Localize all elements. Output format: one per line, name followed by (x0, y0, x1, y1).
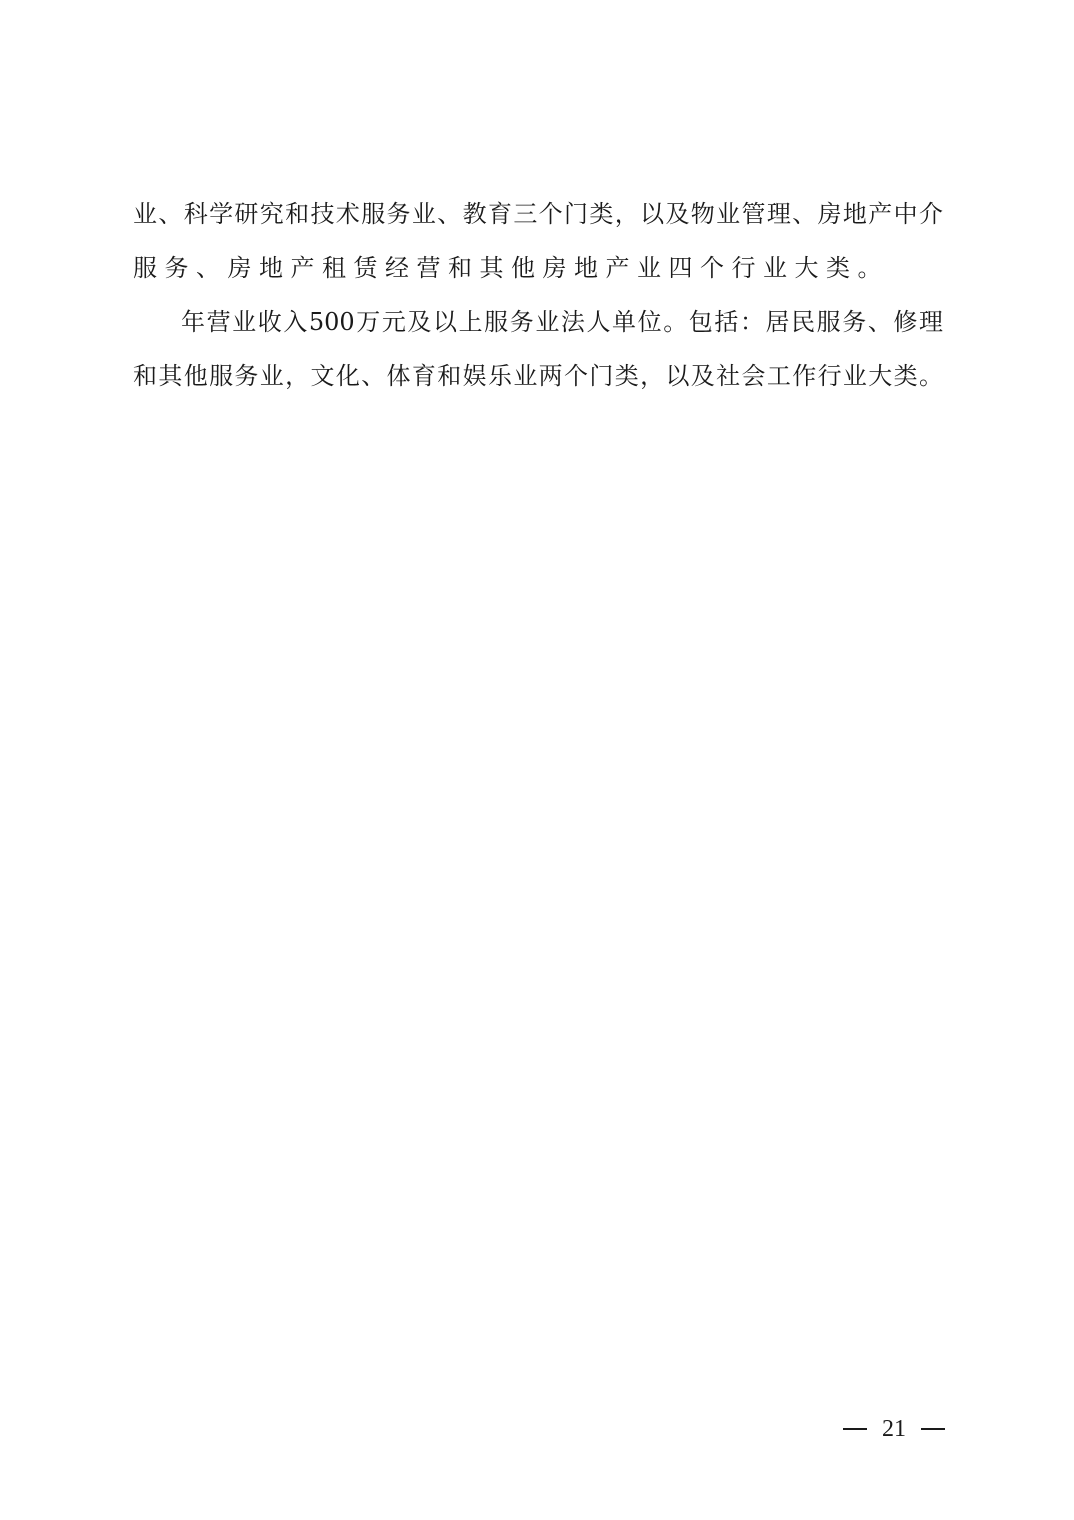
paragraph-2-line-2: 和其他服务业，文化、体育和娱乐业两个门类，以及社会工作行业大类。 (133, 360, 943, 392)
page-number-value: 21 (882, 1413, 906, 1445)
paragraph-2-line-1: 年营业收入500万元及以上服务业法人单位。包括：居民服务、修理 (181, 306, 943, 338)
paragraph-1-line-2: 服务、房地产租赁经营和其他房地产业四个行业大类。 (133, 252, 943, 284)
left-dash-icon (843, 1428, 867, 1430)
right-dash-icon (921, 1428, 945, 1430)
paragraph-1-line-1: 业、科学研究和技术服务业、教育三个门类，以及物业管理、房地产中介 (133, 198, 943, 230)
document-page: 业、科学研究和技术服务业、教育三个门类，以及物业管理、房地产中介 服务、房地产租… (0, 0, 1074, 1520)
page-number: 21 (843, 1413, 945, 1445)
